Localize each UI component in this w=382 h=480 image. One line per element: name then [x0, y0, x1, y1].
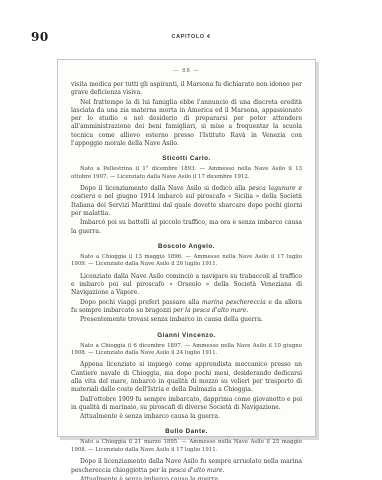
body-text: Nato a Chioggia il 13 maggio 1896. — Amm…	[71, 254, 302, 267]
body-text: Attualmente è senza imbarco causa la gue…	[80, 413, 220, 420]
body-text: Appena licenziato si impiegò come appren…	[71, 361, 302, 393]
italic-text: marina peschereccia	[202, 299, 266, 306]
body-text: e nel giugno 1914 imbarcò sul piroscafo …	[71, 193, 302, 217]
paragraph: Dopo il licenziamento dalla Nave Asilo s…	[71, 185, 302, 218]
body-text: visita medica per tutti gli aspiranti, i…	[71, 81, 302, 96]
body-text: Attualmente è senza imbarco causa la gue…	[80, 476, 220, 480]
section-heading: Bullo Dante.	[71, 428, 302, 435]
body-text: Licenziato dalla Nave Asilo cominciò a n…	[71, 273, 302, 297]
bio-dates-line: Nato a Chioggia il 13 maggio 1896. — Amm…	[71, 254, 302, 269]
biography-sections: Sticotti Carlo.Nato a Pellestrina il 1° …	[71, 155, 302, 480]
book-page-header: 90 CAPITOLO 4	[0, 30, 382, 46]
inner-page-number: — 88 —	[71, 68, 302, 74]
italic-text: pesca d'alto mare	[169, 467, 223, 474]
paragraph: Dopo il licenziamento dalla Nave Asilo f…	[71, 458, 302, 475]
body-text: Nato a Chioggia il 21 marzo 1895. — Amme…	[71, 439, 302, 452]
body-text: Dopo il licenziamento dalla Nave Asilo s…	[80, 185, 248, 192]
paragraph: Nel frattempo la di lui famiglia ebbe l'…	[71, 99, 302, 149]
paragraph: Dall'ottobre 1909 fu sempre imbarcato, d…	[71, 396, 302, 413]
section-heading: Boscolo Angelo.	[71, 243, 302, 250]
body-text: .	[223, 467, 225, 474]
body-text: Presentemente trovasi senza imbarco in c…	[80, 316, 263, 323]
section-heading: Sticotti Carlo.	[71, 155, 302, 162]
chapter-running-header: CAPITOLO 4	[0, 34, 382, 40]
paragraph: Attualmente è senza imbarco causa la gue…	[71, 476, 302, 480]
body-text: Dall'ottobre 1909 fu sempre imbarcato, d…	[71, 396, 302, 411]
bio-dates-line: Nato a Pellestrina il 1° dicembre 1893. …	[71, 166, 302, 181]
italic-text: per la pesca d'alto mare	[173, 307, 247, 314]
body-text: Dopo pochi viaggi preferì passare alla	[80, 299, 202, 306]
paragraph: Attualmente è senza imbarco causa la gue…	[71, 413, 302, 421]
paragraph: Dopo pochi viaggi preferì passare alla m…	[71, 299, 302, 316]
body-text: Nato a Pellestrina il 1° dicembre 1893. …	[71, 166, 302, 179]
paragraph: Licenziato dalla Nave Asilo cominciò a n…	[71, 273, 302, 298]
body-text: .	[246, 307, 248, 314]
section-heading: Gianni Vincenzo.	[71, 332, 302, 339]
paragraph: Presentemente trovasi senza imbarco in c…	[71, 316, 302, 324]
bio-dates-line: Nato a Chioggia il 6 dicembre 1897. — Am…	[71, 343, 302, 358]
body-text: Nel frattempo la di lui famiglia ebbe l'…	[71, 99, 302, 147]
paragraph: Appena licenziato si impiegò come appren…	[71, 361, 302, 394]
scanned-inner-page: — 88 — visita medica per tutti gli aspir…	[57, 59, 316, 437]
body-text: Nato a Chioggia il 6 dicembre 1897. — Am…	[71, 343, 302, 356]
intro-paragraphs: visita medica per tutti gli aspiranti, i…	[71, 81, 302, 148]
bio-dates-line: Nato a Chioggia il 21 marzo 1895. — Amme…	[71, 439, 302, 454]
paragraph: Imbarcò poi su battelli al piccolo traff…	[71, 219, 302, 236]
body-text: Imbarcò poi su battelli al piccolo traff…	[71, 219, 302, 234]
paragraph: visita medica per tutti gli aspiranti, i…	[71, 81, 302, 98]
